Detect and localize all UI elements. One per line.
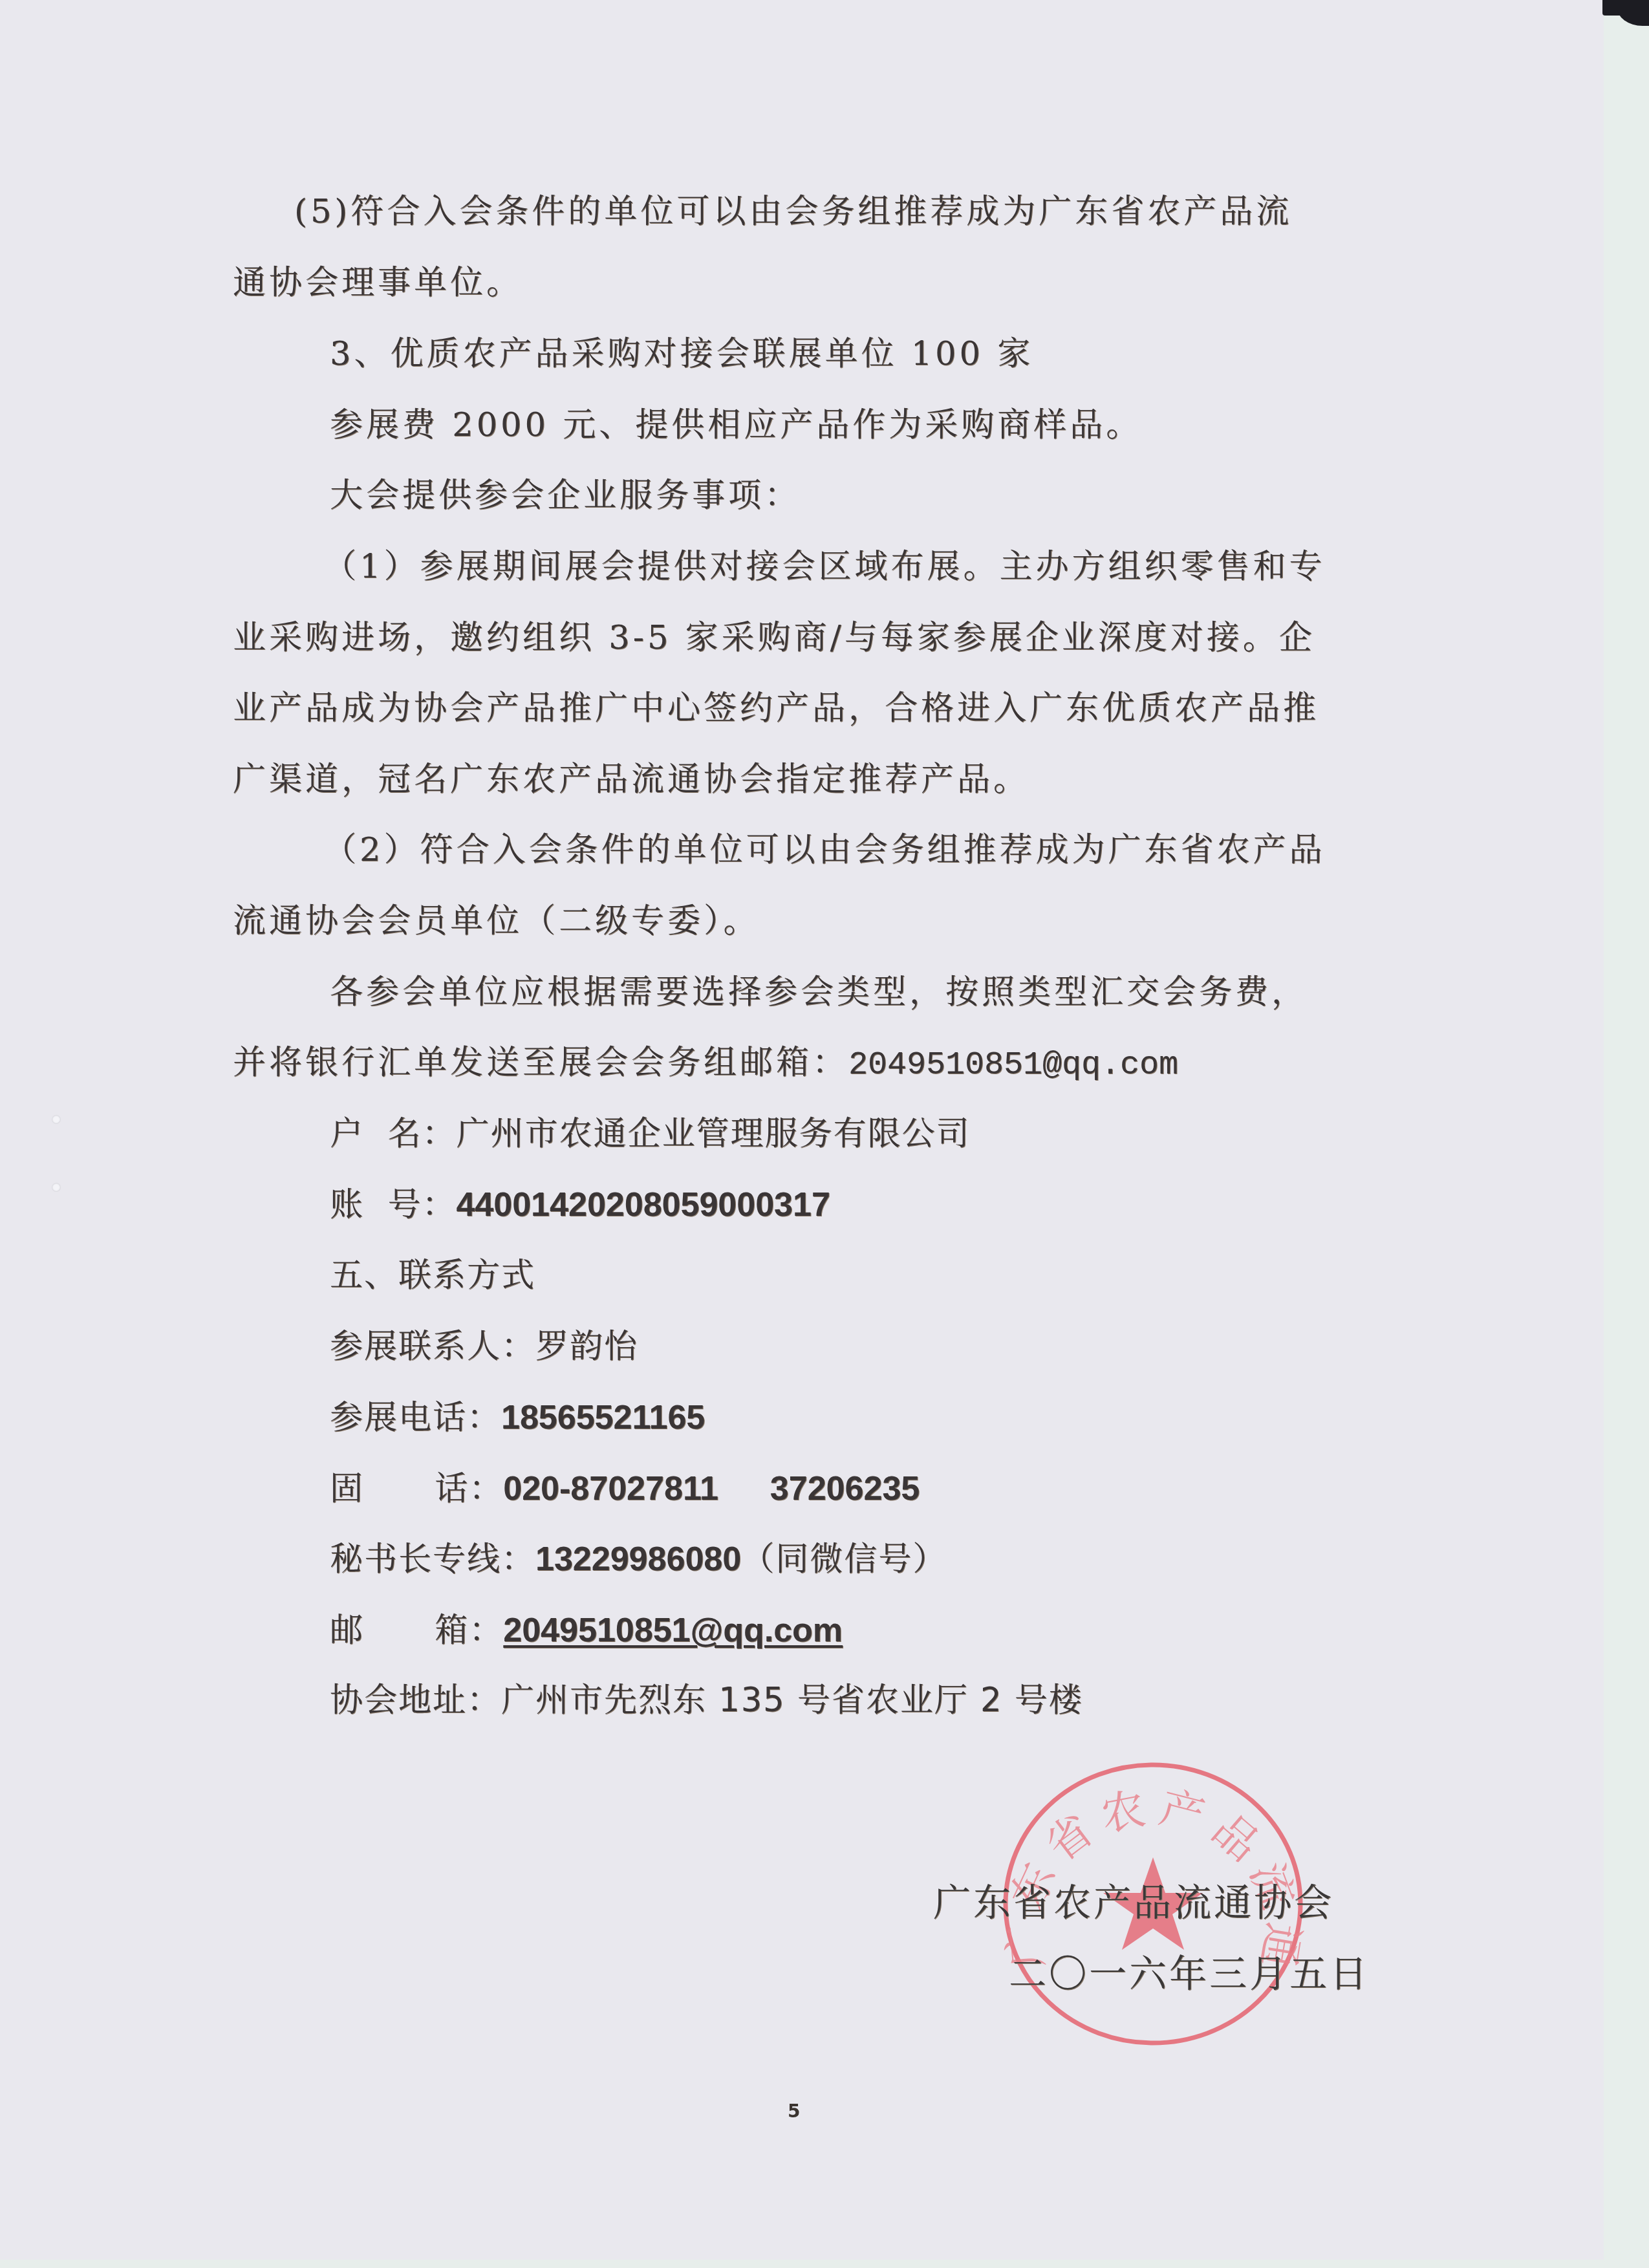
item5-line2: 通协会理事单位。 bbox=[233, 264, 523, 303]
scan-edge-corner bbox=[1602, 0, 1649, 16]
service2-line1: （2）符合入会条件的单位可以由会务组推荐成为广东省农产品 bbox=[323, 831, 1325, 870]
landline-value-1: 020-87027811 bbox=[503, 1470, 718, 1507]
secretary-phone-value: 13229986080 bbox=[535, 1540, 741, 1578]
address-label: 协会地址： bbox=[330, 1681, 501, 1720]
staple-hole-bottom bbox=[52, 1183, 61, 1192]
service1-line4: 广渠道，冠名广东农产品流通协会指定推荐产品。 bbox=[233, 761, 1029, 799]
contact-person-value: 罗韵怡 bbox=[535, 1328, 638, 1366]
contact-person-label: 参展联系人： bbox=[330, 1328, 535, 1366]
contact-person-row: 参展联系人：罗韵怡 bbox=[330, 1328, 638, 1366]
account-number-row: 账 号：44001420208059000317 bbox=[330, 1185, 830, 1225]
secretary-label: 秘书长专线： bbox=[330, 1540, 535, 1579]
secretary-note: （同微信号） bbox=[741, 1540, 947, 1579]
payment-email-link[interactable]: 2049510851@qq.com bbox=[848, 1047, 1178, 1084]
section3-fee: 参展费 2000 元、提供相应产品作为采购商样品。 bbox=[330, 406, 1142, 445]
landline-row: 固 话：020-8702781137206235 bbox=[330, 1469, 920, 1509]
payment-line2-prefix: 并将银行汇单发送至展会会务组邮箱： bbox=[233, 1044, 848, 1082]
phone-row: 参展电话：18565521165 bbox=[330, 1398, 705, 1438]
service1-line1: （1）参展期间展会提供对接会区域布展。主办方组织零售和专 bbox=[323, 548, 1325, 587]
signature-organization: 广东省农产品流通协会 bbox=[933, 1883, 1334, 1922]
account-name-label: 户 名： bbox=[330, 1115, 456, 1153]
signature-date: 二〇一六年三月五日 bbox=[1009, 1954, 1370, 1993]
address-value: 广州市先烈东 135 号省农业厅 2 号楼 bbox=[501, 1681, 1083, 1720]
page-number: 5 bbox=[788, 2101, 800, 2122]
email-row: 邮 箱：2049510851@qq.com bbox=[330, 1611, 843, 1650]
address-row: 协会地址：广州市先烈东 135 号省农业厅 2 号楼 bbox=[330, 1681, 1083, 1720]
account-number-label: 账 号： bbox=[330, 1186, 456, 1224]
account-name-row: 户 名：广州市农通企业管理服务有限公司 bbox=[330, 1115, 970, 1154]
landline-label: 固 话： bbox=[330, 1470, 503, 1508]
email-label: 邮 箱： bbox=[330, 1612, 503, 1650]
phone-label: 参展电话： bbox=[330, 1399, 501, 1437]
email-link[interactable]: 2049510851@qq.com bbox=[503, 1612, 843, 1649]
service1-line2: 业采购进场，邀约组织 3-5 家采购商/与每家参展企业深度对接。企 bbox=[233, 619, 1315, 658]
account-name-value: 广州市农通企业管理服务有限公司 bbox=[456, 1115, 970, 1153]
phone-value: 18565521165 bbox=[501, 1399, 705, 1436]
landline-value-2: 37206235 bbox=[770, 1470, 920, 1507]
services-title: 大会提供参会企业服务事项： bbox=[330, 477, 801, 515]
item5-line1: (5)符合入会条件的单位可以由会务组推荐成为广东省农产品流 bbox=[294, 193, 1292, 232]
staple-hole-top bbox=[52, 1115, 61, 1124]
service2-line2: 流通协会会员单位（二级专委）。 bbox=[233, 902, 760, 941]
secretary-row: 秘书长专线：13229986080（同微信号） bbox=[330, 1540, 947, 1579]
section3-title: 3、优质农产品采购对接会联展单位 100 家 bbox=[330, 335, 1033, 374]
contact-section-title: 五、联系方式 bbox=[330, 1257, 535, 1295]
payment-line1: 各参会单位应根据需要选择参会类型，按照类型汇交会务费， bbox=[330, 973, 1308, 1012]
scanned-page: (5)符合入会条件的单位可以由会务组推荐成为广东省农产品流 通协会理事单位。 3… bbox=[0, 0, 1604, 2260]
account-number-value: 44001420208059000317 bbox=[456, 1186, 830, 1224]
service1-line3: 业产品成为协会产品推广中心签约产品，合格进入广东优质农产品推 bbox=[233, 689, 1319, 728]
payment-line2: 并将银行汇单发送至展会会务组邮箱：2049510851@qq.com bbox=[233, 1044, 1178, 1085]
